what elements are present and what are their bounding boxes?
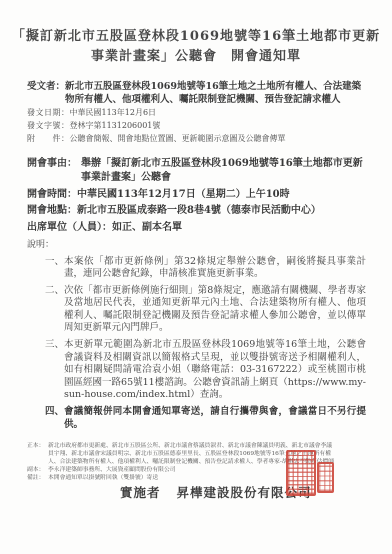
issue-date-value: 中華民國113年12月6日 <box>70 106 367 119</box>
time-label: 開會時間： <box>27 189 77 200</box>
note-item-3: 三、 本更新單元範圍為新北市五股區登林段1069地號等16筆土地，公聽會會議資料… <box>45 339 366 402</box>
note-4-text: 會議簡報併同本開會通知單寄送，請自行攜帶與會，會議當日不另行提供。 <box>64 406 366 431</box>
implementer-signature: 實施者昇樺建設股份有限公司 <box>120 483 312 501</box>
time-row: 開會時間：中華民國113年12月17日（星期二）上午10時 <box>27 188 366 201</box>
attendee-row: 出席單位（人員）：如正、副本名單 <box>27 221 366 234</box>
note-4-number: 四、 <box>45 406 64 419</box>
issue-date-label: 發文日期： <box>27 106 70 119</box>
title-line-2: 事業計畫案」公聽會 開會通知單 <box>0 47 392 67</box>
remark-label: 備註： <box>27 474 48 482</box>
document-title: 「擬訂新北市五股區登林段1069地號等16筆土地都市更新 事業計畫案」公聽會 開… <box>0 27 392 67</box>
note-item-4: 四、 會議簡報併同本開會通知單寄送，請自行攜帶與會，會議當日不另行提供。 <box>45 406 366 431</box>
issue-date-row: 發文日期： 中華民國113年12月6日 <box>27 106 366 119</box>
place-label: 開會地點： <box>27 205 77 216</box>
place-value: 新北市五股區成泰路一段8巷4號（德泰市民活動中心） <box>77 205 321 216</box>
recipient-label: 受文者： <box>27 80 65 93</box>
note-1-number: 一、 <box>45 256 64 269</box>
note-2-number: 二、 <box>45 285 64 298</box>
carbon-copy-label: 副本： <box>27 466 48 474</box>
ref-no-row: 發文字號： 登林字第1131206001號 <box>27 119 366 132</box>
notes-heading: 說明： <box>27 239 366 252</box>
note-3-text: 本更新單元範圍為新北市五股區登林段1069地號等16筆土地，公聽會會議資料及相關… <box>64 339 366 402</box>
company-seal-large-icon <box>286 450 316 496</box>
recipient-row: 受文者： 新北市五股區登林段1069地號等16筆土地之土地所有權人、合法建築物所… <box>27 80 366 106</box>
original-copy-label: 正本： <box>27 442 48 450</box>
subject-row: 開會事由： 舉辦「擬訂新北市五股區登林段1069地號等16筆土地都市更新事業計畫… <box>27 157 366 184</box>
attachment-row: 附 件： 公聽會簡報、開會地點位置圖、更新範圍示意圖及公聽會傳單 <box>27 132 366 145</box>
attendee-value: 如正、副本名單 <box>112 222 182 233</box>
attachment-value: 公聽會簡報、開會地點位置圖、更新範圍示意圖及公聽會傳單 <box>70 132 367 145</box>
ref-no-label: 發文字號： <box>27 119 70 132</box>
title-line-1: 「擬訂新北市五股區登林段1069地號等16筆土地都市更新 <box>0 27 392 47</box>
note-item-1: 一、 本案依「都市更新條例」第32條規定舉辦公聽會，嗣後將擬具事業計畫，連同公聽… <box>45 256 366 281</box>
attachment-label: 附 件： <box>27 132 70 145</box>
recipient-value: 新北市五股區登林段1069地號等16筆土地之土地所有權人、合法建築物所有權人、他… <box>65 80 366 106</box>
attendee-label: 出席單位（人員）： <box>27 222 112 233</box>
ref-no-value: 登林字第1131206001號 <box>70 119 367 132</box>
note-2-text: 次依「都市更新條例施行細則」第8條規定，應邀請有關機關、學者專家及當地居民代表，… <box>64 285 366 335</box>
note-item-2: 二、 次依「都市更新條例施行細則」第8條規定，應邀請有關機關、學者專家及當地居民… <box>45 285 366 335</box>
implementer-label: 實施者 <box>120 485 161 500</box>
place-row: 開會地點：新北市五股區成泰路一段8巷4號（德泰市民活動中心） <box>27 204 366 217</box>
note-1-text: 本案依「都市更新條例」第32條規定舉辦公聽會，嗣後將擬具事業計畫，連同公聽會紀錄… <box>64 256 366 281</box>
company-seal-small-icon <box>317 462 334 493</box>
note-3-number: 三、 <box>45 339 64 352</box>
subject-value: 舉辦「擬訂新北市五股區登林段1069地號等16筆土地都市更新事業計畫案」公聽會 <box>81 157 366 184</box>
meeting-notice-document: 「擬訂新北市五股區登林段1069地號等16筆土地都市更新 事業計畫案」公聽會 開… <box>0 0 392 554</box>
time-value: 中華民國113年12月17日（星期二）上午10時 <box>77 189 290 200</box>
subject-label: 開會事由： <box>27 157 81 171</box>
